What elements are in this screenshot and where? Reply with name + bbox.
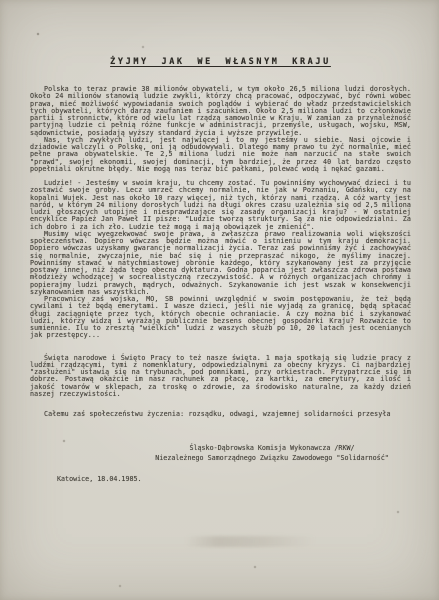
paragraph-holidays: Święta narodowe i Święto Pracy to też na… [30,355,411,399]
ink-bleedthrough-smudge [184,536,316,547]
signature-block: Śląsko-Dąbrowska Komisja Wykonawcza /RKW… [122,443,422,463]
paragraph-ordinary-people: Nas, tych zwykłych ludzi, jest najwięcej… [30,137,411,173]
paragraph-demographics: Polska to teraz prawie 38 milionów obywa… [30,86,411,137]
paragraph-army-militia: Pracownicy zaś wojska, MO, SB powinni uw… [30,296,411,340]
scanned-leaflet-page: ŻYJMY JAK WE WŁASNYM KRAJU Polska to ter… [0,0,439,600]
paragraph-ludzie-appeal: Ludzie! - Jesteśmy w swoim kraju, tu chc… [30,180,411,231]
leaflet-content: ŻYJMY JAK WE WŁASNYM KRAJU Polska to ter… [0,0,439,600]
paragraph-rights-demands: Musimy więc wyegzekwować swoje prawa, a … [30,231,411,296]
paragraph-closing-wishes: Całemu zaś społeczeństwu życzenia: rozsą… [30,411,411,418]
dateline: Katowice, 18.04.1985. [57,475,411,483]
signature-organization: Śląsko-Dąbrowska Komisja Wykonawcza /RKW… [122,443,422,453]
body-text: Polska to teraz prawie 38 milionów obywa… [30,86,411,418]
document-title: ŻYJMY JAK WE WŁASNYM KRAJU [30,56,411,68]
signature-union-name: Niezależnego Samorządnego Związku Zawodo… [122,453,422,463]
